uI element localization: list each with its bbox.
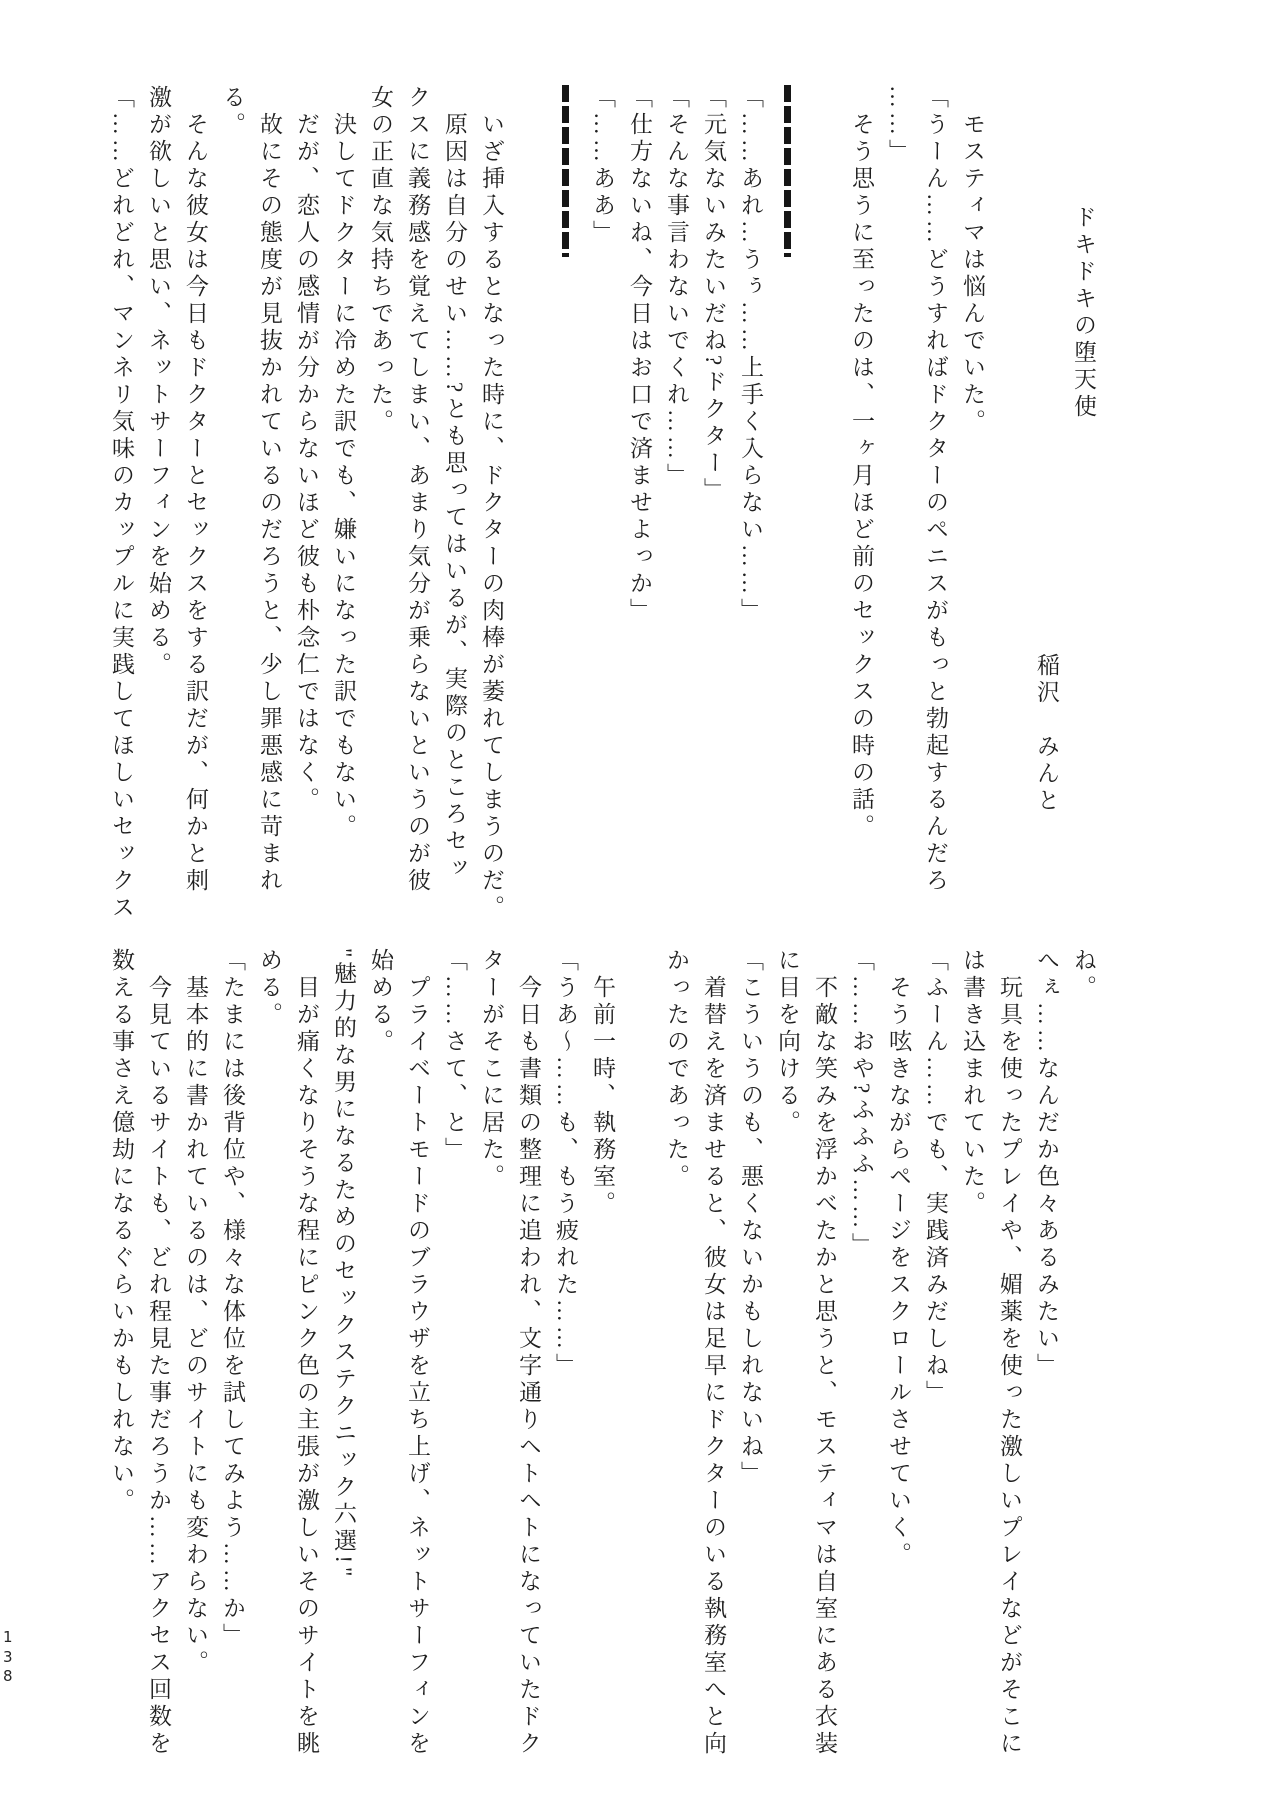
text-column: 「元気ないみたいだね?ドクター」 [695, 85, 732, 930]
text-column: 着替えを済ませると、彼女は足早にドクターのいる執務室へと向 [695, 948, 732, 1793]
text-column: 「……ああ」 [584, 85, 621, 930]
blank-column [510, 85, 547, 930]
text-column: 午前一時、執務室。 [584, 948, 621, 1793]
text-column: ……」 [880, 85, 917, 930]
text-column: は書き込まれていた。 [954, 948, 991, 1793]
text-column: 今日も書類の整理に追われ、文字通りヘトヘトになっていたドク [510, 948, 547, 1793]
text-column: 「仕方ないね、今日はお口で済ませよっか」 [621, 85, 658, 930]
text-column: へぇ……なんだか色々あるみたい」 [1028, 948, 1065, 1793]
text-column: 原因は自分のせい……?とも思ってはいるが、実際のところセッ [436, 85, 473, 930]
text-column: 「……おや?ふふふ……」 [843, 948, 880, 1793]
text-column: 「こういうのも、悪くないかもしれないね」 [732, 948, 769, 1793]
text-column: 女の正直な気持ちであった。 [362, 85, 399, 930]
vertical-dash-line [784, 85, 791, 257]
text-column: そう思うに至ったのは、一ヶ月ほど前のセックスの時の話。 [843, 85, 880, 930]
text-column: 「うーん……どうすればドクターのペニスがもっと勃起するんだろ [917, 85, 954, 930]
text-column: だが、恋人の感情が分からないほど彼も朴念仁ではなく。 [288, 85, 325, 930]
text-column: 基本的に書かれているのは、どのサイトにも変わらない。 [177, 948, 214, 1793]
text-column: "魅力的な男になるためのセックステクニック六選!" [325, 948, 362, 1793]
text-column: 決してドクターに冷めた訳でも、嫌いになった訳でもない。 [325, 85, 362, 930]
section-divider-column [547, 85, 584, 930]
text-column: 目が痛くなりそうな程にピンク色の主張が激しいそのサイトを眺 [288, 948, 325, 1793]
text-column: 始める。 [362, 948, 399, 1793]
text-column: ターがそこに居た。 [473, 948, 510, 1793]
text-column: 「……さて、と」 [436, 948, 473, 1793]
blank-column [991, 85, 1028, 930]
text-column: める。 [251, 948, 288, 1793]
title-column: ドキドキの堕天使 [1065, 85, 1102, 930]
author-column: 稲沢 みんと [1028, 85, 1065, 930]
text-column: プライベートモードのブラウザを立ち上げ、ネットサーフィンを [399, 948, 436, 1793]
text-column: そんな彼女は今日もドクターとセックスをする訳だが、何かと刺 [177, 85, 214, 930]
text-column: 「……どれどれ、マンネリ気味のカップルに実践してほしいセックス [103, 85, 140, 930]
text-column: 不敵な笑みを浮かべたかと思うと、モスティマは自室にある衣装 [806, 948, 843, 1793]
text-column: 故にその態度が見抜かれているのだろうと、少し罪悪感に苛まれ [251, 85, 288, 930]
text-column: 「……あれ…うぅ……上手く入らない……」 [732, 85, 769, 930]
section-divider-column [769, 85, 806, 930]
text-column: そう呟きながらページをスクロールさせていく。 [880, 948, 917, 1793]
text-column: いざ挿入するとなった時に、ドクターの肉棒が萎れてしまうのだ。 [473, 85, 510, 930]
text-column: 玩具を使ったプレイや、媚薬を使った激しいプレイなどがそこに [991, 948, 1028, 1793]
text-column: 「そんな事言わないでくれ……」 [658, 85, 695, 930]
text-column: ね。 [1065, 948, 1102, 1793]
novel-scan-page: ドキドキの堕天使稲沢 みんとモスティマは悩んでいた。「うーん……どうすればドクタ… [0, 0, 1280, 1808]
text-column: 「ふーん……でも、実践済みだしね」 [917, 948, 954, 1793]
vertical-dash-line [562, 85, 569, 257]
text-column: 「たまには後背位や、様々な体位を試してみよう……か」 [214, 948, 251, 1793]
text-column: 「うあ〜……も、もう疲れた……」 [547, 948, 584, 1793]
text-column: 今見ているサイトも、どれ程見た事だろうか……アクセス回数を [140, 948, 177, 1793]
page-number: 138 [3, 1628, 16, 1687]
text-band-top: ドキドキの堕天使稲沢 みんとモスティマは悩んでいた。「うーん……どうすればドクタ… [103, 85, 1102, 930]
text-column: る。 [214, 85, 251, 930]
text-column: かったのであった。 [658, 948, 695, 1793]
text-column: 数える事さえ億劫になるぐらいかもしれない。 [103, 948, 140, 1793]
blank-column [806, 85, 843, 930]
text-column: クスに義務感を覚えてしまい、あまり気分が乗らないというのが彼 [399, 85, 436, 930]
text-column: モスティマは悩んでいた。 [954, 85, 991, 930]
blank-column [621, 948, 658, 1793]
text-column: 激が欲しいと思い、ネットサーフィンを始める。 [140, 85, 177, 930]
text-band-bottom: ね。へぇ……なんだか色々あるみたい」玩具を使ったプレイや、媚薬を使った激しいプレ… [103, 948, 1102, 1793]
text-column: に目を向ける。 [769, 948, 806, 1793]
